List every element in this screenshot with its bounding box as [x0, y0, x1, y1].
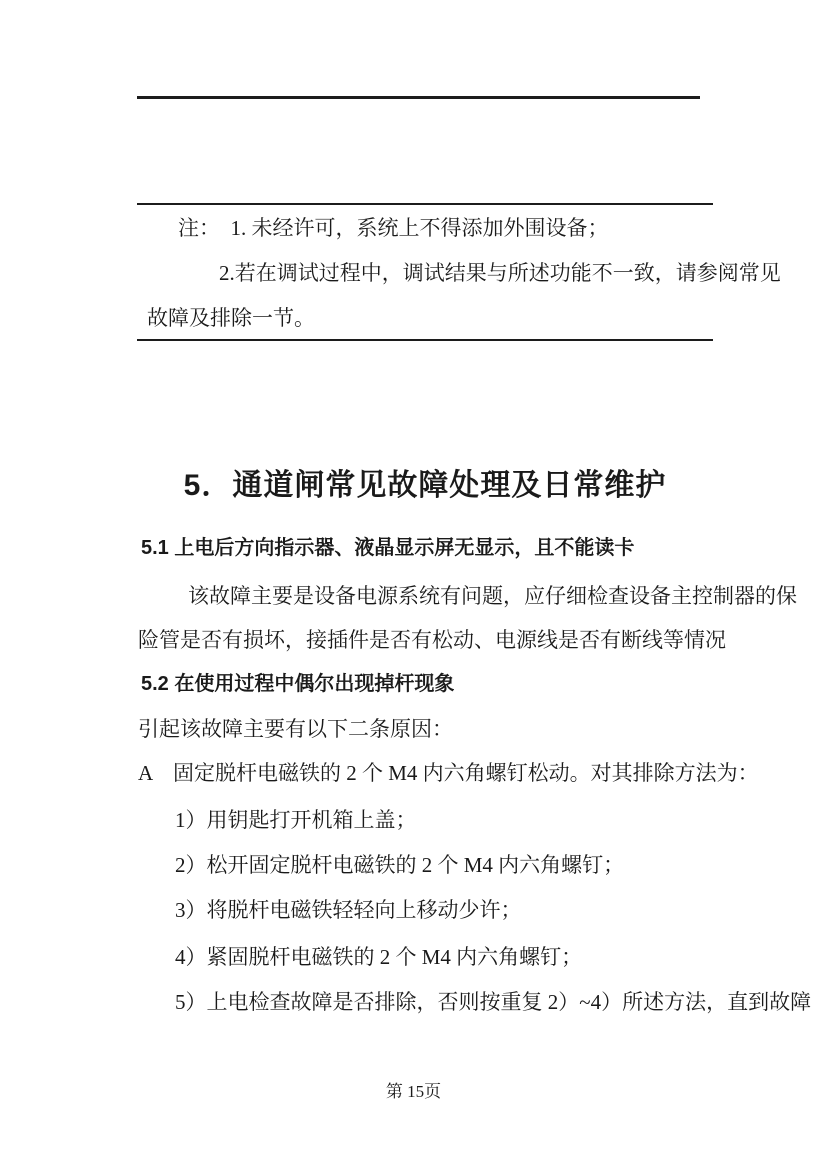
header-rule — [137, 96, 700, 99]
document-page: 注： 1. 未经许可，系统上不得添加外围设备； 2.若在调试过程中，调试结果与所… — [0, 0, 827, 1167]
list-item-step-5: 5）上电检查故障是否排除，否则按重复 2）~4）所述方法，直到故障 — [175, 992, 811, 1013]
section-5-2-heading: 5.2 在使用过程中偶尔出现掉杆现象 — [141, 674, 454, 694]
list-item-step-4: 4）紧固脱杆电磁铁的 2 个 M4 内六角螺钉； — [175, 947, 582, 968]
section-5-2-cause-a: A 固定脱杆电磁铁的 2 个 M4 内六角螺钉松动。对其排除方法为： — [138, 763, 759, 784]
section-5-1-body-line-1: 该故障主要是设备电源系统有问题，应仔细检查设备主控制器的保 — [188, 586, 797, 607]
note-line-2: 2.若在调试过程中，调试结果与所述功能不一致，请参阅常见 — [219, 263, 781, 284]
list-item-step-3: 3）将脱杆电磁铁轻轻向上移动少许； — [175, 900, 522, 921]
section-5-1-body-line-2: 险管是否有损坏，接插件是否有松动、电源线是否有断线等情况 — [138, 630, 726, 651]
note-line-1: 注： 1. 未经许可，系统上不得添加外围设备； — [178, 218, 609, 239]
list-item-step-1: 1）用钥匙打开机箱上盖； — [175, 810, 417, 831]
section-5-1-heading: 5.1 上电后方向指示器、液晶显示屏无显示，且不能读卡 — [141, 538, 634, 558]
chapter-title: 5．通道闸常见故障处理及日常维护 — [110, 471, 740, 501]
note-line-3: 故障及排除一节。 — [147, 308, 315, 329]
list-item-step-2: 2）松开固定脱杆电磁铁的 2 个 M4 内六角螺钉； — [175, 855, 624, 876]
page-number-footer: 第 15页 — [0, 1083, 827, 1100]
section-5-2-intro: 引起该故障主要有以下二条原因： — [138, 719, 453, 740]
note-box-top-rule — [137, 203, 713, 205]
note-box-bottom-rule — [137, 339, 713, 341]
